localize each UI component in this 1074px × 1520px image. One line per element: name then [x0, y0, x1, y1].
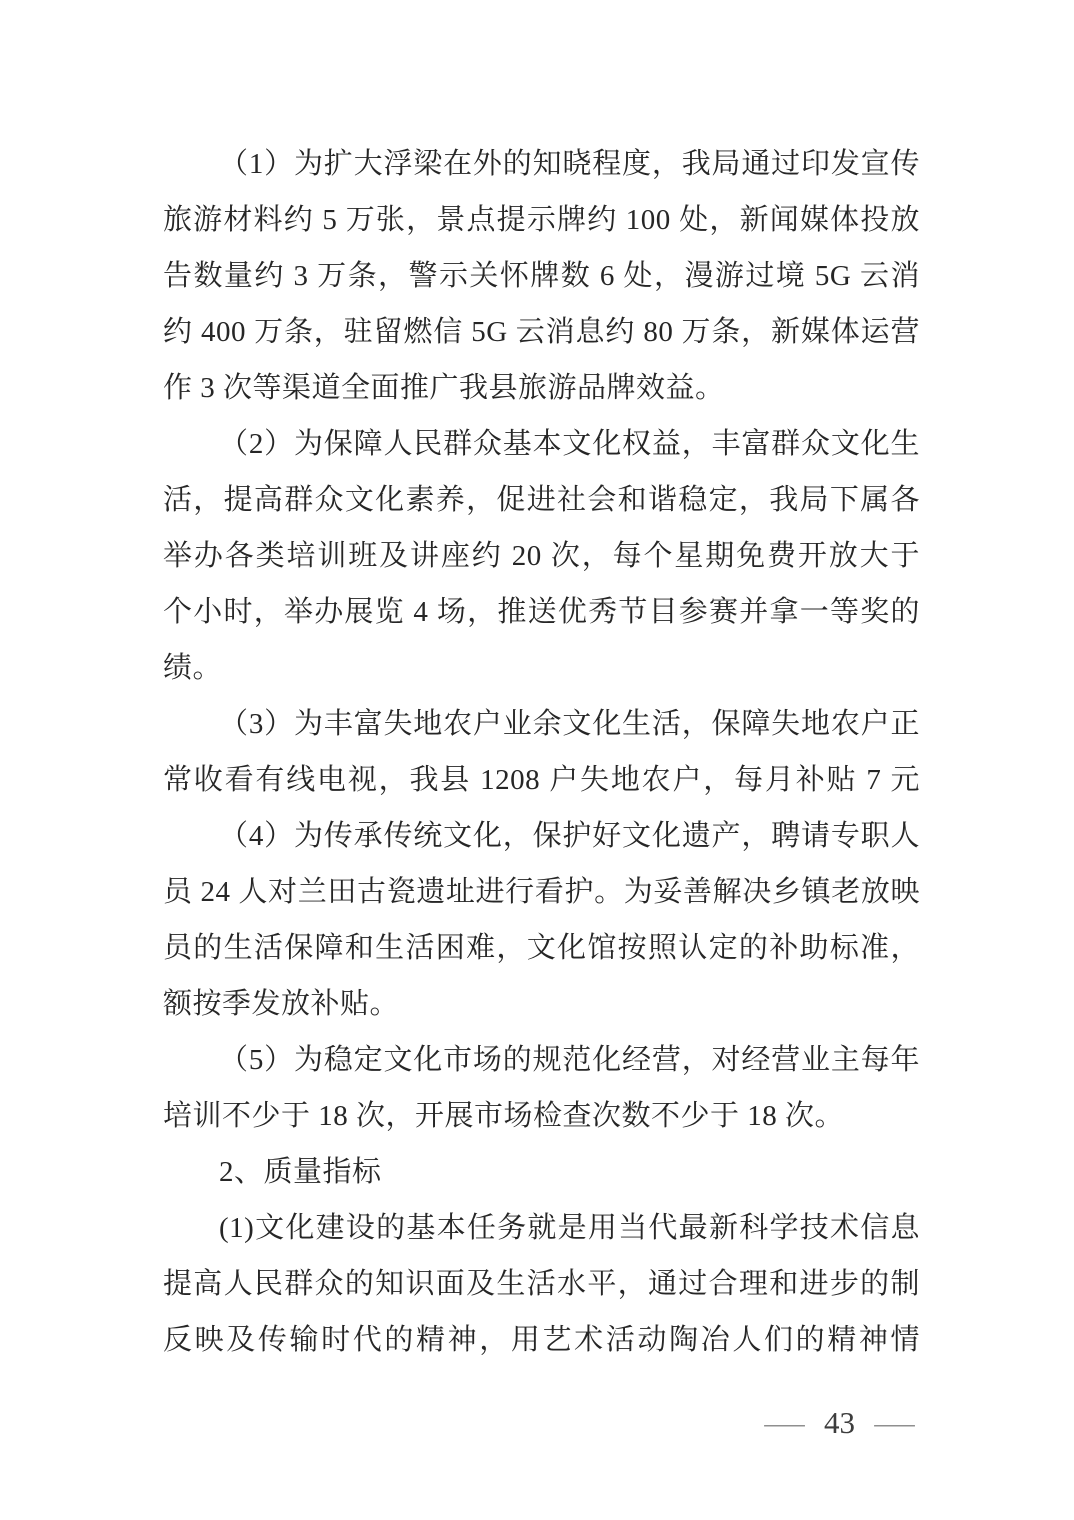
text-line: （1）为扩大浮梁在外的知晓程度，我局通过印发宣传: [163, 136, 920, 192]
document-body: （1）为扩大浮梁在外的知晓程度，我局通过印发宣传旅游材料约 5 万张，景点提示牌…: [163, 136, 920, 1368]
text-line: 绩。: [163, 640, 920, 696]
paragraph: （1）为扩大浮梁在外的知晓程度，我局通过印发宣传旅游材料约 5 万张，景点提示牌…: [163, 136, 920, 416]
text-line: 员 24 人对兰田古瓷遗址进行看护。为妥善解决乡镇老放映: [163, 864, 920, 920]
text-line: 员的生活保障和生活困难，文化馆按照认定的补助标准，全: [163, 920, 920, 976]
text-line: 2、质量指标: [163, 1144, 920, 1200]
page-number-right-dash: —: [874, 1398, 914, 1448]
text-line: 约 400 万条，驻留燃信 5G 云消息约 80 万条，新媒体运营合: [163, 304, 920, 360]
page-number-left-dash: —: [764, 1398, 804, 1448]
paragraph: 2、质量指标: [163, 1144, 920, 1200]
text-line: 作 3 次等渠道全面推广我县旅游品牌效益。: [163, 360, 920, 416]
document-page: （1）为扩大浮梁在外的知晓程度，我局通过印发宣传旅游材料约 5 万张，景点提示牌…: [0, 0, 1074, 1520]
text-line: 举办各类培训班及讲座约 20 次，每个星期免费开放大于 56: [163, 528, 920, 584]
page-number-value: 43: [824, 1398, 855, 1448]
text-line: 告数量约 3 万条，警示关怀牌数 6 处，漫游过境 5G 云消息: [163, 248, 920, 304]
text-line: 额按季发放补贴。: [163, 976, 920, 1032]
text-line: （2）为保障人民群众基本文化权益，丰富群众文化生: [163, 416, 920, 472]
text-line: (1)文化建设的基本任务就是用当代最新科学技术信息: [163, 1200, 920, 1256]
text-line: 常收看有线电视，我县 1208 户失地农户，每月补贴 7 元整。: [163, 752, 920, 808]
paragraph: (1)文化建设的基本任务就是用当代最新科学技术信息提高人民群众的知识面及生活水平…: [163, 1200, 920, 1368]
text-line: （5）为稳定文化市场的规范化经营，对经营业主每年: [163, 1032, 920, 1088]
paragraph: （5）为稳定文化市场的规范化经营，对经营业主每年培训不少于 18 次，开展市场检…: [163, 1032, 920, 1144]
paragraph: （4）为传承传统文化，保护好文化遗产，聘请专职人员 24 人对兰田古瓷遗址进行看…: [163, 808, 920, 1032]
page-number: — 43 —: [769, 1398, 910, 1448]
text-line: 培训不少于 18 次，开展市场检查次数不少于 18 次。: [163, 1088, 920, 1144]
text-line: 活，提高群众文化素养，促进社会和谐稳定，我局下属各馆: [163, 472, 920, 528]
text-line: （4）为传承传统文化，保护好文化遗产，聘请专职人: [163, 808, 920, 864]
text-line: 反映及传输时代的精神，用艺术活动陶冶人们的精神情操。: [163, 1312, 920, 1368]
paragraph: （3）为丰富失地农户业余文化生活，保障失地农户正常收看有线电视，我县 1208 …: [163, 696, 920, 808]
text-line: 个小时，举办展览 4 场，推送优秀节目参赛并拿一等奖的佳: [163, 584, 920, 640]
text-line: （3）为丰富失地农户业余文化生活，保障失地农户正: [163, 696, 920, 752]
paragraph: （2）为保障人民群众基本文化权益，丰富群众文化生活，提高群众文化素养，促进社会和…: [163, 416, 920, 696]
text-line: 旅游材料约 5 万张，景点提示牌约 100 处，新闻媒体投放广: [163, 192, 920, 248]
text-line: 提高人民群众的知识面及生活水平，通过合理和进步的制度: [163, 1256, 920, 1312]
